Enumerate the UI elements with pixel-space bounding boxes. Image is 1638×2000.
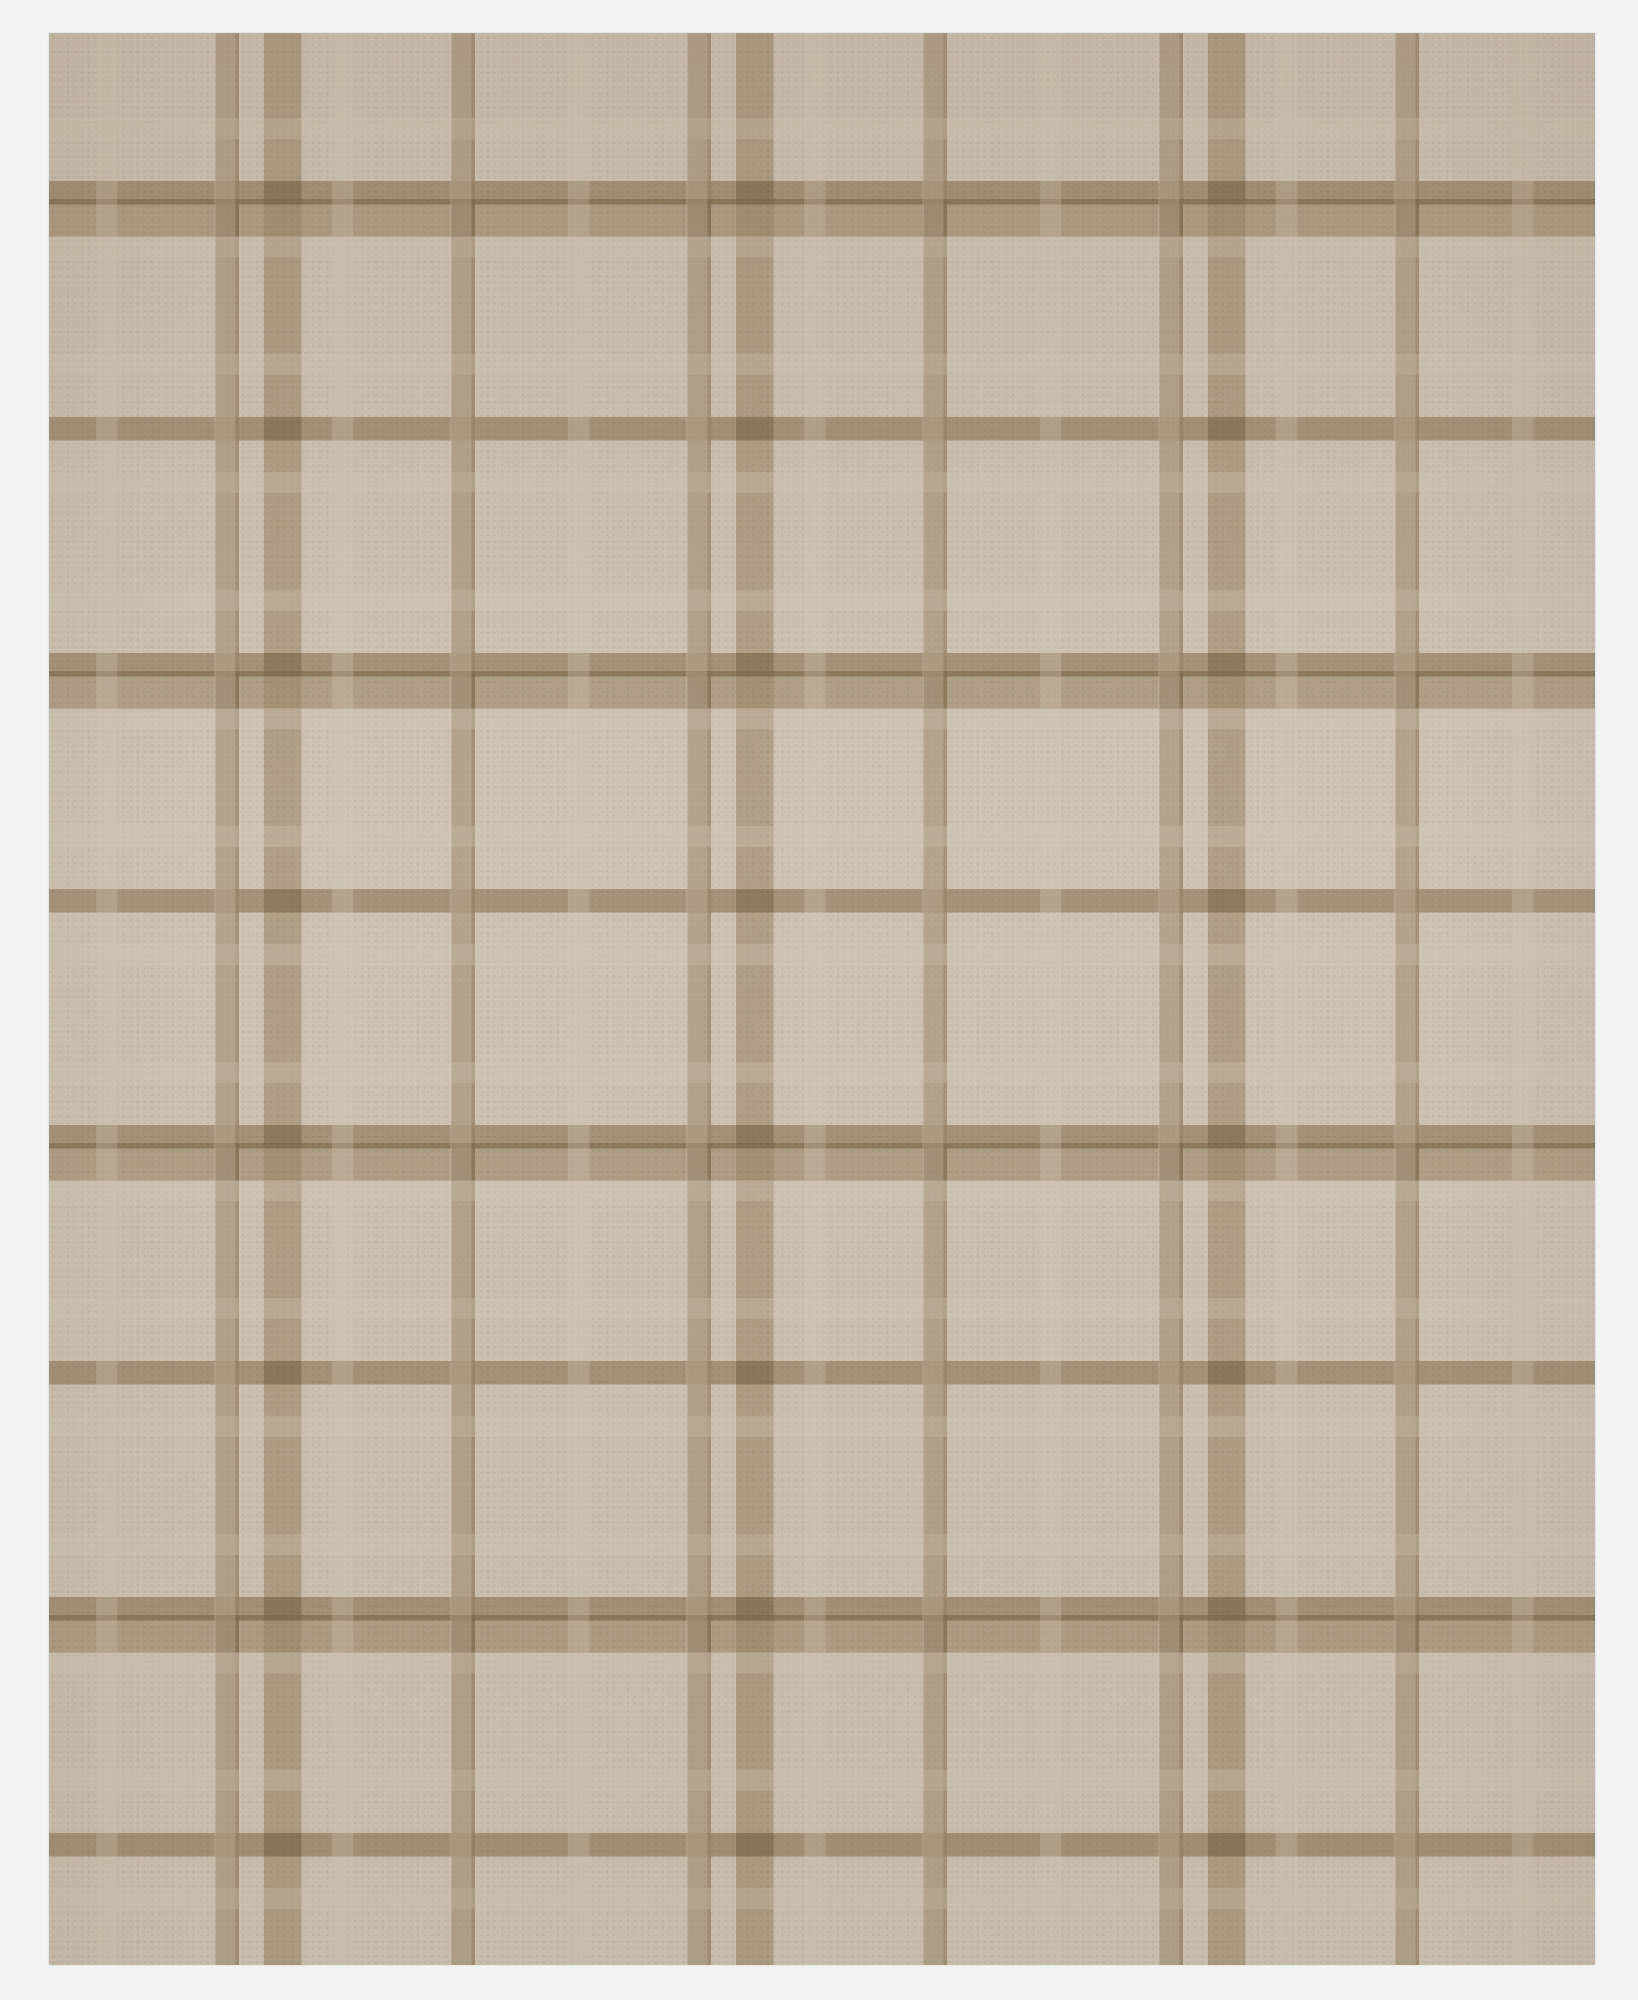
- rug: [49, 33, 1595, 1965]
- rug-lighting: [49, 33, 1595, 1965]
